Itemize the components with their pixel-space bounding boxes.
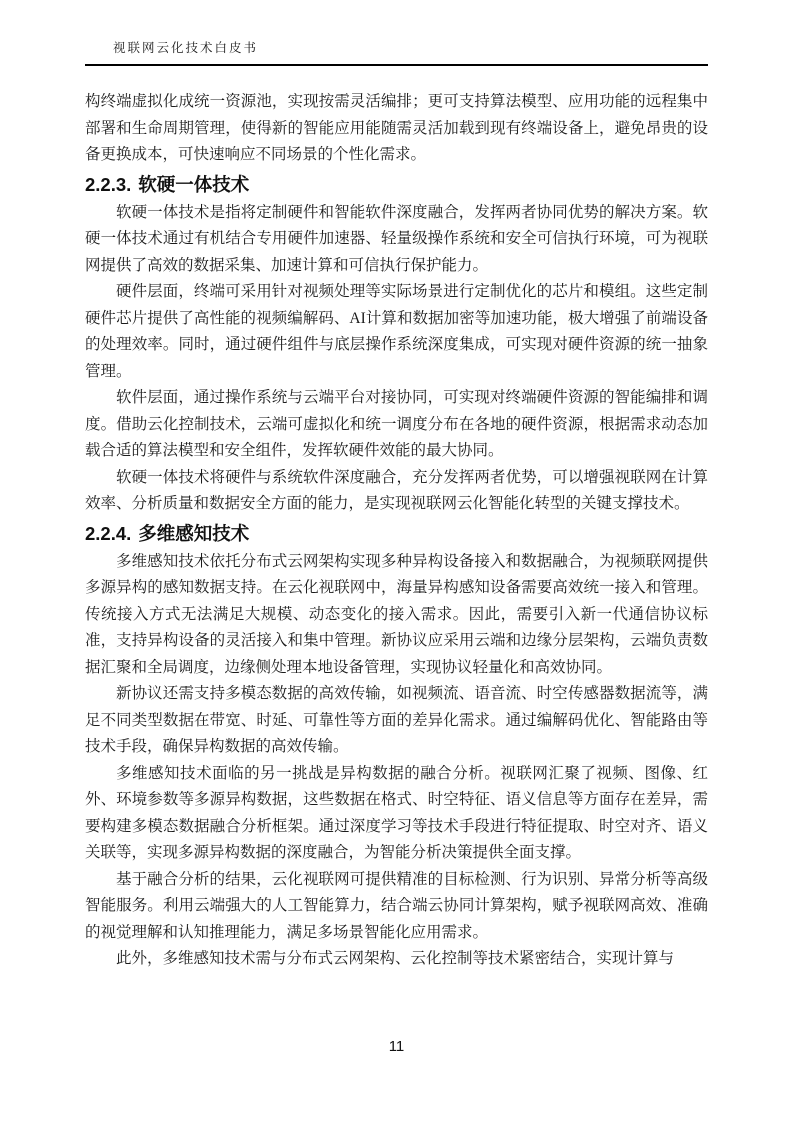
- header-title: 视联网云化技术白皮书: [85, 40, 708, 56]
- section-number: 2.2.3.: [85, 174, 131, 195]
- paragraph: 多维感知技术依托分布式云网架构实现多种异构设备接入和数据融合，为视频联网提供多源…: [85, 549, 708, 682]
- paragraph: 基于融合分析的结果，云化视联网可提供精准的目标检测、行为识别、异常分析等高级智能…: [85, 867, 708, 947]
- paragraph: 软硬一体技术将硬件与系统软件深度融合，充分发挥两者优势，可以增强视联网在计算效率…: [85, 465, 708, 518]
- paragraph: 软硬一体技术是指将定制硬件和智能软件深度融合，发挥两者协同优势的解决方案。软硬一…: [85, 200, 708, 280]
- paragraph: 软件层面，通过操作系统与云端平台对接协同，可实现对终端硬件资源的智能编排和调度。…: [85, 385, 708, 465]
- section-title: 软硬一体技术: [138, 174, 249, 195]
- document-page: 视联网云化技术白皮书 构终端虚拟化成统一资源池，实现按需灵活编排；更可支持算法模…: [0, 0, 793, 1122]
- section-heading-2-2-4: 2.2.4.多维感知技术: [85, 519, 708, 548]
- section-heading-2-2-3: 2.2.3.软硬一体技术: [85, 170, 708, 199]
- section-title: 多维感知技术: [138, 523, 249, 544]
- header-divider: [85, 64, 708, 66]
- paragraph: 硬件层面，终端可采用针对视频处理等实际场景进行定制优化的芯片和模组。这些定制硬件…: [85, 279, 708, 385]
- paragraph-continuation: 构终端虚拟化成统一资源池，实现按需灵活编排；更可支持算法模型、应用功能的远程集中…: [85, 89, 708, 169]
- page-footer: 11: [0, 1038, 793, 1056]
- paragraph: 新协议还需支持多模态数据的高效传输，如视频流、语音流、时空传感器数据流等，满足不…: [85, 681, 708, 761]
- document-body: 构终端虚拟化成统一资源池，实现按需灵活编排；更可支持算法模型、应用功能的远程集中…: [85, 89, 708, 973]
- paragraph: 此外，多维感知技术需与分布式云网架构、云化控制等技术紧密结合，实现计算与: [85, 946, 708, 973]
- paragraph: 多维感知技术面临的另一挑战是异构数据的融合分析。视联网汇聚了视频、图像、红外、环…: [85, 761, 708, 867]
- page-number: 11: [389, 1038, 405, 1055]
- section-number: 2.2.4.: [85, 523, 131, 544]
- page-header: 视联网云化技术白皮书: [85, 40, 708, 66]
